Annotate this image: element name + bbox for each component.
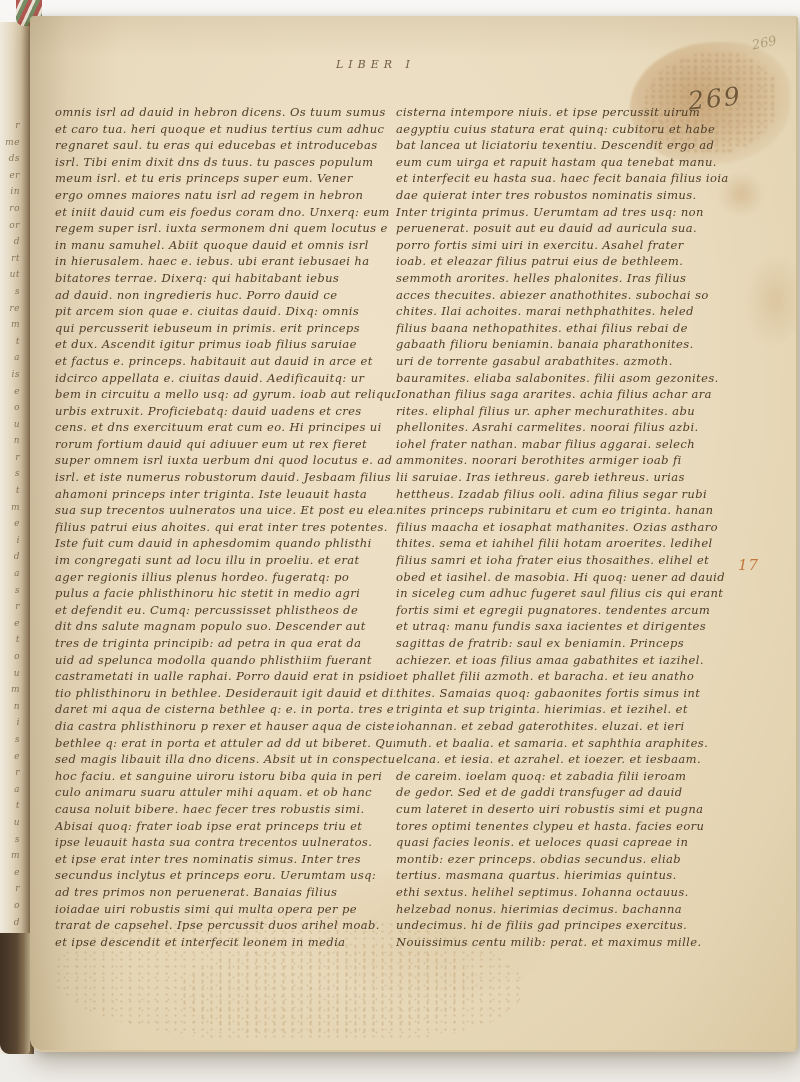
manuscript-line: et dux. Ascendit igitur primus ioab fili…	[55, 336, 395, 353]
manuscript-line: Inter triginta primus. Uerumtam ad tres …	[396, 204, 770, 221]
manuscript-line: chites. Ilai achoites. marai nethphathit…	[396, 303, 770, 320]
text-fragment: e	[2, 516, 20, 533]
manuscript-line: et factus e. princeps. habitauit aut dau…	[55, 353, 395, 370]
text-fragment: r	[2, 765, 20, 782]
manuscript-line: tres de triginta principib: ad petra in …	[55, 635, 395, 652]
manuscript-line: causa noluit bibere. haec fecer tres rob…	[55, 801, 395, 818]
manuscript-line: Abisai quoq: frater ioab ipse erat princ…	[55, 818, 395, 835]
manuscript-line: Iste fuit cum dauid in aphesdomim quando…	[55, 535, 395, 552]
text-fragment: a	[2, 782, 20, 799]
manuscript-line: ioiadae uiri robustis simi qui multa ope…	[55, 901, 395, 918]
manuscript-line: achiezer. et ioas filius amaa gabathites…	[396, 652, 770, 669]
text-fragment: s	[2, 832, 20, 849]
manuscript-line: ad dauid. non ingredieris huc. Porro dau…	[55, 287, 395, 304]
manuscript-line: bauramites. eliaba salabonites. filii as…	[396, 370, 770, 387]
manuscript-line: in hierusalem. haec e. iebus. ubi erant …	[55, 253, 395, 270]
manuscript-line: eum cum uirga et rapuit hastam qua teneb…	[396, 154, 770, 171]
manuscript-line: et defendit eu. Cumq: percussisset phlis…	[55, 602, 395, 619]
manuscript-line: filius samri et ioha frater eius thosait…	[396, 552, 770, 569]
manuscript-line: rorum fortium dauid qui adiuuer eum ut r…	[55, 436, 395, 453]
manuscript-line: cisterna intempore niuis. et ipse percus…	[396, 104, 770, 121]
manuscript-line: de gedor. Sed et de gaddi transfuger ad …	[396, 784, 770, 801]
text-fragment: d	[2, 915, 20, 932]
text-fragment: e	[2, 616, 20, 633]
manuscript-line: urbis extruxit. Proficiebatq: dauid uade…	[55, 403, 395, 420]
manuscript-line: filius baana nethopathites. ethai filius…	[396, 320, 770, 337]
text-fragment: m	[2, 317, 20, 334]
text-fragment: re	[2, 301, 20, 318]
manuscript-line: fortis simi et egregii pugnatores. tende…	[396, 602, 770, 619]
text-fragment: m	[2, 848, 20, 865]
text-fragment: is	[2, 367, 20, 384]
manuscript-line: dae quierat inter tres robustos nominati…	[396, 187, 770, 204]
manuscript-line: omnis isrl ad dauid in hebron dicens. Os…	[55, 104, 395, 121]
manuscript-line: elcana. et iesia. et azrahel. et ioezer.…	[396, 751, 770, 768]
manuscript-line: pulus a facie phlisthinoru hic stetit in…	[55, 585, 395, 602]
manuscript-line: montib: ezer princeps. obdias secundus. …	[396, 851, 770, 868]
text-column-left: omnis isrl ad dauid in hebron dicens. Os…	[55, 104, 395, 950]
manuscript-line: aegyptiu cuius statura erat quinq: cubit…	[396, 121, 770, 138]
manuscript-line: et interfecit eu hasta sua. haec fecit b…	[396, 170, 770, 187]
manuscript-line: isrl. Tibi enim dixit dns ds tuus. tu pa…	[55, 154, 395, 171]
text-fragment: t	[2, 632, 20, 649]
manuscript-line: castrametati in ualle raphai. Porro daui…	[55, 668, 395, 685]
text-fragment: t	[2, 483, 20, 500]
running-title: LIBER I	[336, 58, 415, 71]
manuscript-line: uri de torrente gasabul arabathites. azm…	[396, 353, 770, 370]
folio-number-faint: 269	[751, 34, 778, 54]
text-fragment: er	[2, 168, 20, 185]
manuscript-line: culo animaru suaru attuler mihi aquam. e…	[55, 784, 395, 801]
text-fragment: r	[2, 118, 20, 135]
text-fragment: n	[2, 433, 20, 450]
manuscript-line: et ipse erat inter tres nominatis simus.…	[55, 851, 395, 868]
manuscript-line: qui percusserit iebuseum in primis. erit…	[55, 320, 395, 337]
text-fragment: e	[2, 865, 20, 882]
manuscript-line: isrl. et iste numerus robustorum dauid. …	[55, 469, 395, 486]
manuscript-line: ad tres primos non peruenerat. Banaias f…	[55, 884, 395, 901]
manuscript-line: ahamoni princeps inter triginta. Iste le…	[55, 486, 395, 503]
manuscript-line: triginta et sup triginta. hierimias. et …	[396, 701, 770, 718]
parchment-freckles-bottom-center	[180, 944, 480, 1036]
text-fragment: u	[2, 666, 20, 683]
manuscript-line: bem in circuitu a mello usq: ad gyrum. i…	[55, 386, 395, 403]
text-fragment: m	[2, 682, 20, 699]
text-fragment: me	[2, 135, 20, 152]
text-fragment: u	[2, 815, 20, 832]
manuscript-line: iohel frater nathan. mabar filius aggara…	[396, 436, 770, 453]
manuscript-line: muth. et baalia. et samaria. et saphthia…	[396, 735, 770, 752]
manuscript-line: in manu samuhel. Abiit quoque dauid et o…	[55, 237, 395, 254]
manuscript-line: sed magis libauit illa dno dicens. Absit…	[55, 751, 395, 768]
manuscript-line: trarat de capsehel. Ipse percussit duos …	[55, 917, 395, 934]
book-gutter: rmedserinroordrtutsremtaiseounrstmeidasr…	[0, 22, 34, 1054]
text-fragment: s	[2, 583, 20, 600]
manuscript-line: im congregati sunt ad locu illu in proel…	[55, 552, 395, 569]
manuscript-line: Nouissimus centu milib: perat. et maximu…	[396, 934, 770, 951]
text-fragment: s	[2, 284, 20, 301]
manuscript-line: in siceleg cum adhuc fugeret saul filius…	[396, 585, 770, 602]
manuscript-line: cens. et dns exercituum erat cum eo. Hi …	[55, 419, 395, 436]
manuscript-line: filius patrui eius ahoites. qui erat int…	[55, 519, 395, 536]
manuscript-line: secundus inclytus et princeps eoru. Ueru…	[55, 867, 395, 884]
manuscript-line: thites. sema et iahihel filii hotam aroe…	[396, 535, 770, 552]
manuscript-line: quasi facies leonis. et ueloces quasi ca…	[396, 834, 770, 851]
text-fragment: a	[2, 350, 20, 367]
manuscript-line: bethlee q: erat in porta et attuler ad d…	[55, 735, 395, 752]
text-fragment: o	[2, 400, 20, 417]
manuscript-line: ethi sextus. helihel septimus. Iohanna o…	[396, 884, 770, 901]
manuscript-line: bat lancea ut liciatoriu texentiu. Desce…	[396, 137, 770, 154]
manuscript-line: sua sup trecentos uulneratos una uice. E…	[55, 502, 395, 519]
text-fragment: o	[2, 898, 20, 915]
text-fragment: d	[2, 549, 20, 566]
manuscript-line: et iniit dauid cum eis foedus coram dno.…	[55, 204, 395, 221]
manuscript-line: pit arcem sion quae e. ciuitas dauid. Di…	[55, 303, 395, 320]
text-fragment: n	[2, 699, 20, 716]
manuscript-photograph: rmedserinroordrtutsremtaiseounrstmeidasr…	[0, 0, 800, 1082]
manuscript-page: LIBER I 269 269 17 omnis isrl ad dauid i…	[30, 16, 798, 1052]
manuscript-line: bitatores terrae. Dixerq: qui habitabant…	[55, 270, 395, 287]
manuscript-line: obed et iasihel. de masobia. Hi quoq: ue…	[396, 569, 770, 586]
manuscript-line: ager regionis illius plenus hordeo. fuge…	[55, 569, 395, 586]
manuscript-line: cum lateret in deserto uiri robustis sim…	[396, 801, 770, 818]
text-fragment: r	[2, 599, 20, 616]
manuscript-line: dit dns salute magnam populo suo. Descen…	[55, 618, 395, 635]
manuscript-line: rites. eliphal filius ur. apher mechurat…	[396, 403, 770, 420]
text-fragment: r	[2, 450, 20, 467]
text-fragment: r	[2, 881, 20, 898]
manuscript-line: acces thecuites. abiezer anathothites. s…	[396, 287, 770, 304]
manuscript-line: Ionathan filius saga ararites. achia fil…	[396, 386, 770, 403]
text-fragment: ro	[2, 201, 20, 218]
text-fragment: s	[2, 466, 20, 483]
manuscript-line: uid ad spelunca modolla quando phlisthii…	[55, 652, 395, 669]
manuscript-line: lii saruiae. Iras iethreus. gareb iethre…	[396, 469, 770, 486]
manuscript-line: semmoth arorites. helles phalonites. Ira…	[396, 270, 770, 287]
manuscript-line: hettheus. Izadab filius ooli. adina fili…	[396, 486, 770, 503]
manuscript-line: helzebad nonus. hierimias decimus. bacha…	[396, 901, 770, 918]
text-fragment: in	[2, 184, 20, 201]
manuscript-line: undecimus. hi de filiis gad principes ex…	[396, 917, 770, 934]
manuscript-line: et phallet filii azmoth. et baracha. et …	[396, 668, 770, 685]
text-fragment: d	[2, 234, 20, 251]
manuscript-line: porro fortis simi uiri in exercitu. Asah…	[396, 237, 770, 254]
text-fragment: i	[2, 533, 20, 550]
manuscript-line: super omnem isrl iuxta uerbum dni quod l…	[55, 452, 395, 469]
manuscript-line: hoc faciu. et sanguine uiroru istoru bib…	[55, 768, 395, 785]
facing-page-text-fragments: rmedserinroordrtutsremtaiseounrstmeidasr…	[2, 118, 20, 948]
manuscript-line: sagittas de fratrib: saul ex beniamin. P…	[396, 635, 770, 652]
manuscript-line: regem super isrl. iuxta sermonem dni que…	[55, 220, 395, 237]
manuscript-line: tertius. masmana quartus. hierimias quin…	[396, 867, 770, 884]
text-fragment: ut	[2, 267, 20, 284]
manuscript-line: et ipse descendit et interfecit leonem i…	[55, 934, 395, 951]
manuscript-line: ammonites. noorari berothites armiger io…	[396, 452, 770, 469]
manuscript-line: regnaret saul. tu eras qui educebas et i…	[55, 137, 395, 154]
text-fragment: e	[2, 384, 20, 401]
text-fragment: m	[2, 500, 20, 517]
manuscript-line: daret mi aqua de cisterna bethlee q: e. …	[55, 701, 395, 718]
manuscript-line: tores optimi tenentes clypeu et hasta. f…	[396, 818, 770, 835]
manuscript-line: iohannan. et zebad gaterothites. eluzai.…	[396, 718, 770, 735]
manuscript-line: filius maacha et iosaphat mathanites. Oz…	[396, 519, 770, 536]
manuscript-line: et utraq: manu fundis saxa iacientes et …	[396, 618, 770, 635]
text-fragment: i	[2, 715, 20, 732]
text-fragment: t	[2, 334, 20, 351]
manuscript-line: de careim. ioelam quoq: et zabadia filii…	[396, 768, 770, 785]
text-fragment: t	[2, 798, 20, 815]
manuscript-line: phellonites. Asrahi carmelites. noorai f…	[396, 419, 770, 436]
text-fragment: or	[2, 218, 20, 235]
binding-board	[0, 933, 30, 1054]
manuscript-line: gabaath filioru beniamin. banaia pharath…	[396, 336, 770, 353]
manuscript-line: peruenerat. posuit aut eu dauid ad auric…	[396, 220, 770, 237]
manuscript-line: nites princeps rubinitaru et cum eo trig…	[396, 502, 770, 519]
text-fragment: ds	[2, 151, 20, 168]
text-fragment: s	[2, 732, 20, 749]
text-column-right: cisterna intempore niuis. et ipse percus…	[396, 104, 770, 950]
manuscript-line: tio phlisthinoru in bethlee. Desiderauit…	[55, 685, 395, 702]
manuscript-line: et caro tua. heri quoque et nudius terti…	[55, 121, 395, 138]
manuscript-line: idcirco appellata e. ciuitas dauid. Aedi…	[55, 370, 395, 387]
manuscript-line: meum isrl. et tu eris princeps super eum…	[55, 170, 395, 187]
manuscript-line: ioab. et eleazar filius patrui eius de b…	[396, 253, 770, 270]
text-fragment: u	[2, 417, 20, 434]
manuscript-line: ergo omnes maiores natu isrl ad regem in…	[55, 187, 395, 204]
text-fragment: o	[2, 649, 20, 666]
text-fragment: e	[2, 749, 20, 766]
text-fragment: rt	[2, 251, 20, 268]
manuscript-line: ipse leuauit hasta sua contra trecentos …	[55, 834, 395, 851]
manuscript-line: thites. Samaias quoq: gabaonites fortis …	[396, 685, 770, 702]
text-fragment: a	[2, 566, 20, 583]
manuscript-line: dia castra phlisthinoru p rexer et hause…	[55, 718, 395, 735]
